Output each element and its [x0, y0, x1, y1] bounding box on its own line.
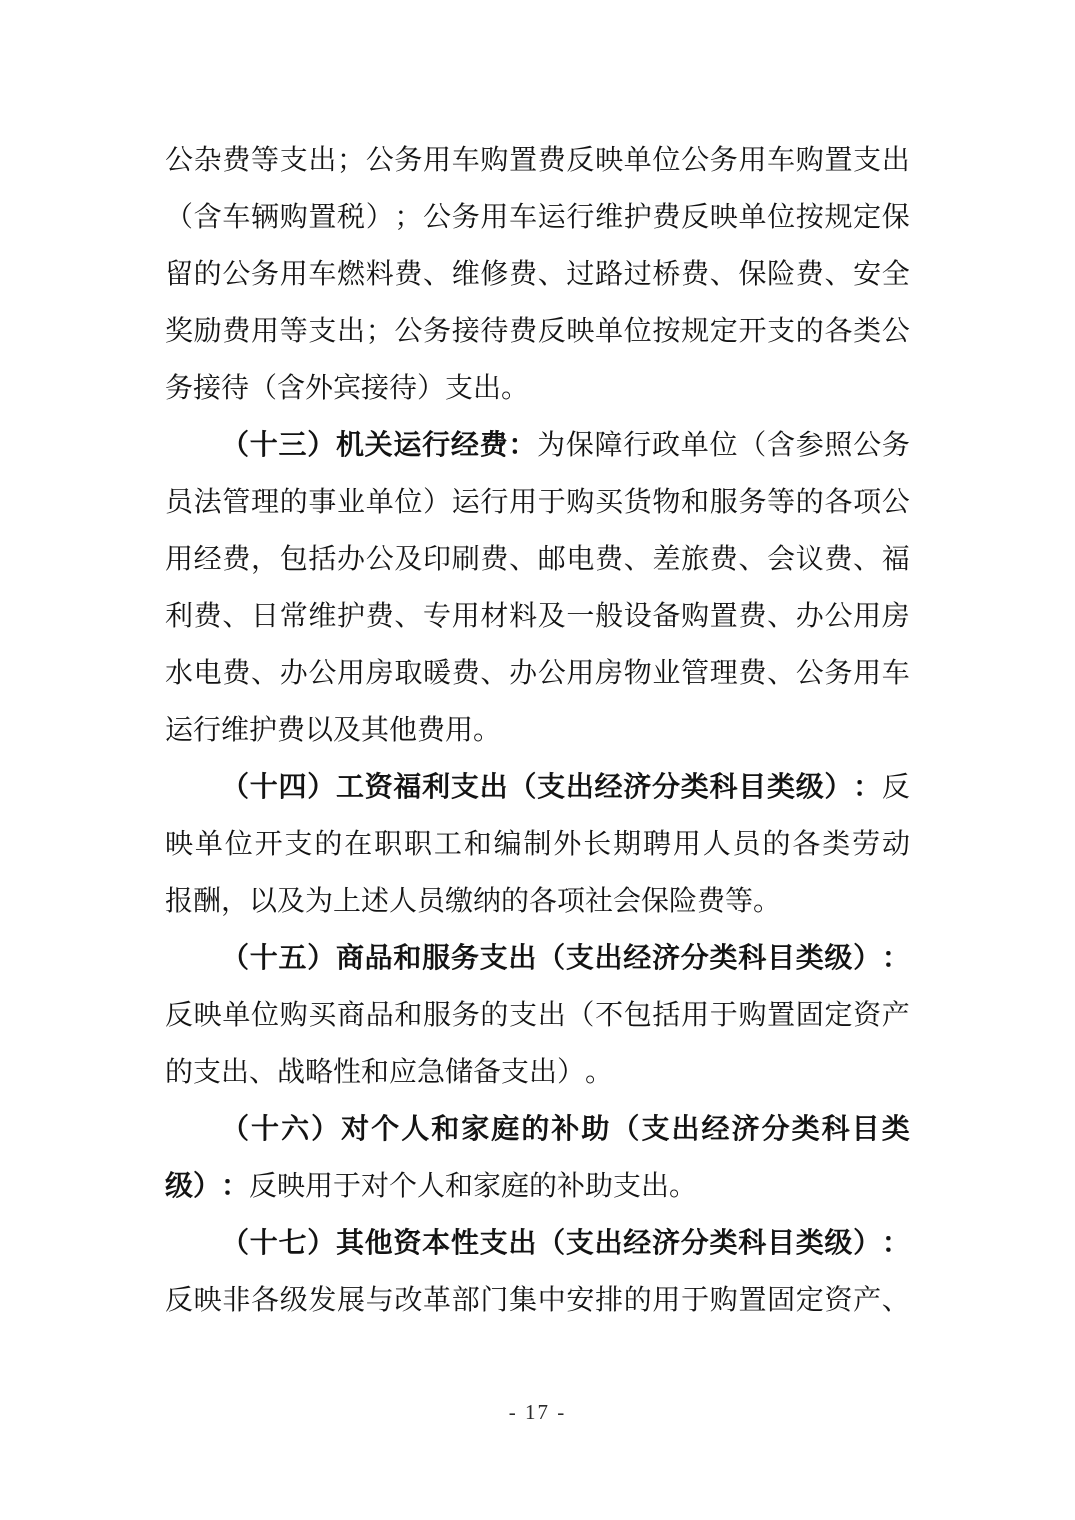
page-number: - 17 - [0, 1400, 1075, 1425]
text-line-p3-l2: 映单位开支的在职职工和编制外长期聘用人员的各类劳动 [165, 816, 910, 873]
text-line-p2-l2: 员法管理的事业单位）运行用于购买货物和服务等的各项公 [165, 474, 910, 531]
text-line-p6-l2: 反映非各级发展与改革部门集中安排的用于购置固定资产、 [165, 1272, 910, 1329]
text-line-p1-l5: 务接待（含外宾接待）支出。 [165, 360, 910, 417]
text-line-p5-l1: （十六）对个人和家庭的补助（支出经济分类科目类 [165, 1101, 910, 1158]
text-line-p2-l5: 水电费、办公用房取暖费、办公用房物业管理费、公务用车 [165, 645, 910, 702]
text-line-p1-l4: 奖励费用等支出；公务接待费反映单位按规定开支的各类公 [165, 303, 910, 360]
text-line-p2-l3: 用经费，包括办公及印刷费、邮电费、差旅费、会议费、福 [165, 531, 910, 588]
text-line-p2-l4: 利费、日常维护费、专用材料及一般设备购置费、办公用房 [165, 588, 910, 645]
text-line-p2-l1: （十三）机关运行经费：为保障行政单位（含参照公务 [165, 417, 910, 474]
text-line-p4-l2: 反映单位购买商品和服务的支出（不包括用于购置固定资产 [165, 987, 910, 1044]
text-line-p6-l1: （十七）其他资本性支出（支出经济分类科目类级）： [165, 1215, 910, 1272]
text-block: 公杂费等支出；公务用车购置费反映单位公务用车购置支出（含车辆购置税）；公务用车运… [165, 132, 910, 1329]
text-line-p1-l3: 留的公务用车燃料费、维修费、过路过桥费、保险费、安全 [165, 246, 910, 303]
text-line-p2-l6: 运行维护费以及其他费用。 [165, 702, 910, 759]
text-line-p1-l1: 公杂费等支出；公务用车购置费反映单位公务用车购置支出 [165, 132, 910, 189]
text-line-p4-l1: （十五）商品和服务支出（支出经济分类科目类级）： [165, 930, 910, 987]
text-line-p3-l3: 报酬，以及为上述人员缴纳的各项社会保险费等。 [165, 873, 910, 930]
document-page: 公杂费等支出；公务用车购置费反映单位公务用车购置支出（含车辆购置税）；公务用车运… [0, 0, 1075, 1520]
text-line-p3-l1: （十四）工资福利支出（支出经济分类科目类级）：反 [165, 759, 910, 816]
text-line-p1-l2: （含车辆购置税）；公务用车运行维护费反映单位按规定保 [165, 189, 910, 246]
text-line-p5-l2: 级）：反映用于对个人和家庭的补助支出。 [165, 1158, 910, 1215]
text-line-p4-l3: 的支出、战略性和应急储备支出）。 [165, 1044, 910, 1101]
